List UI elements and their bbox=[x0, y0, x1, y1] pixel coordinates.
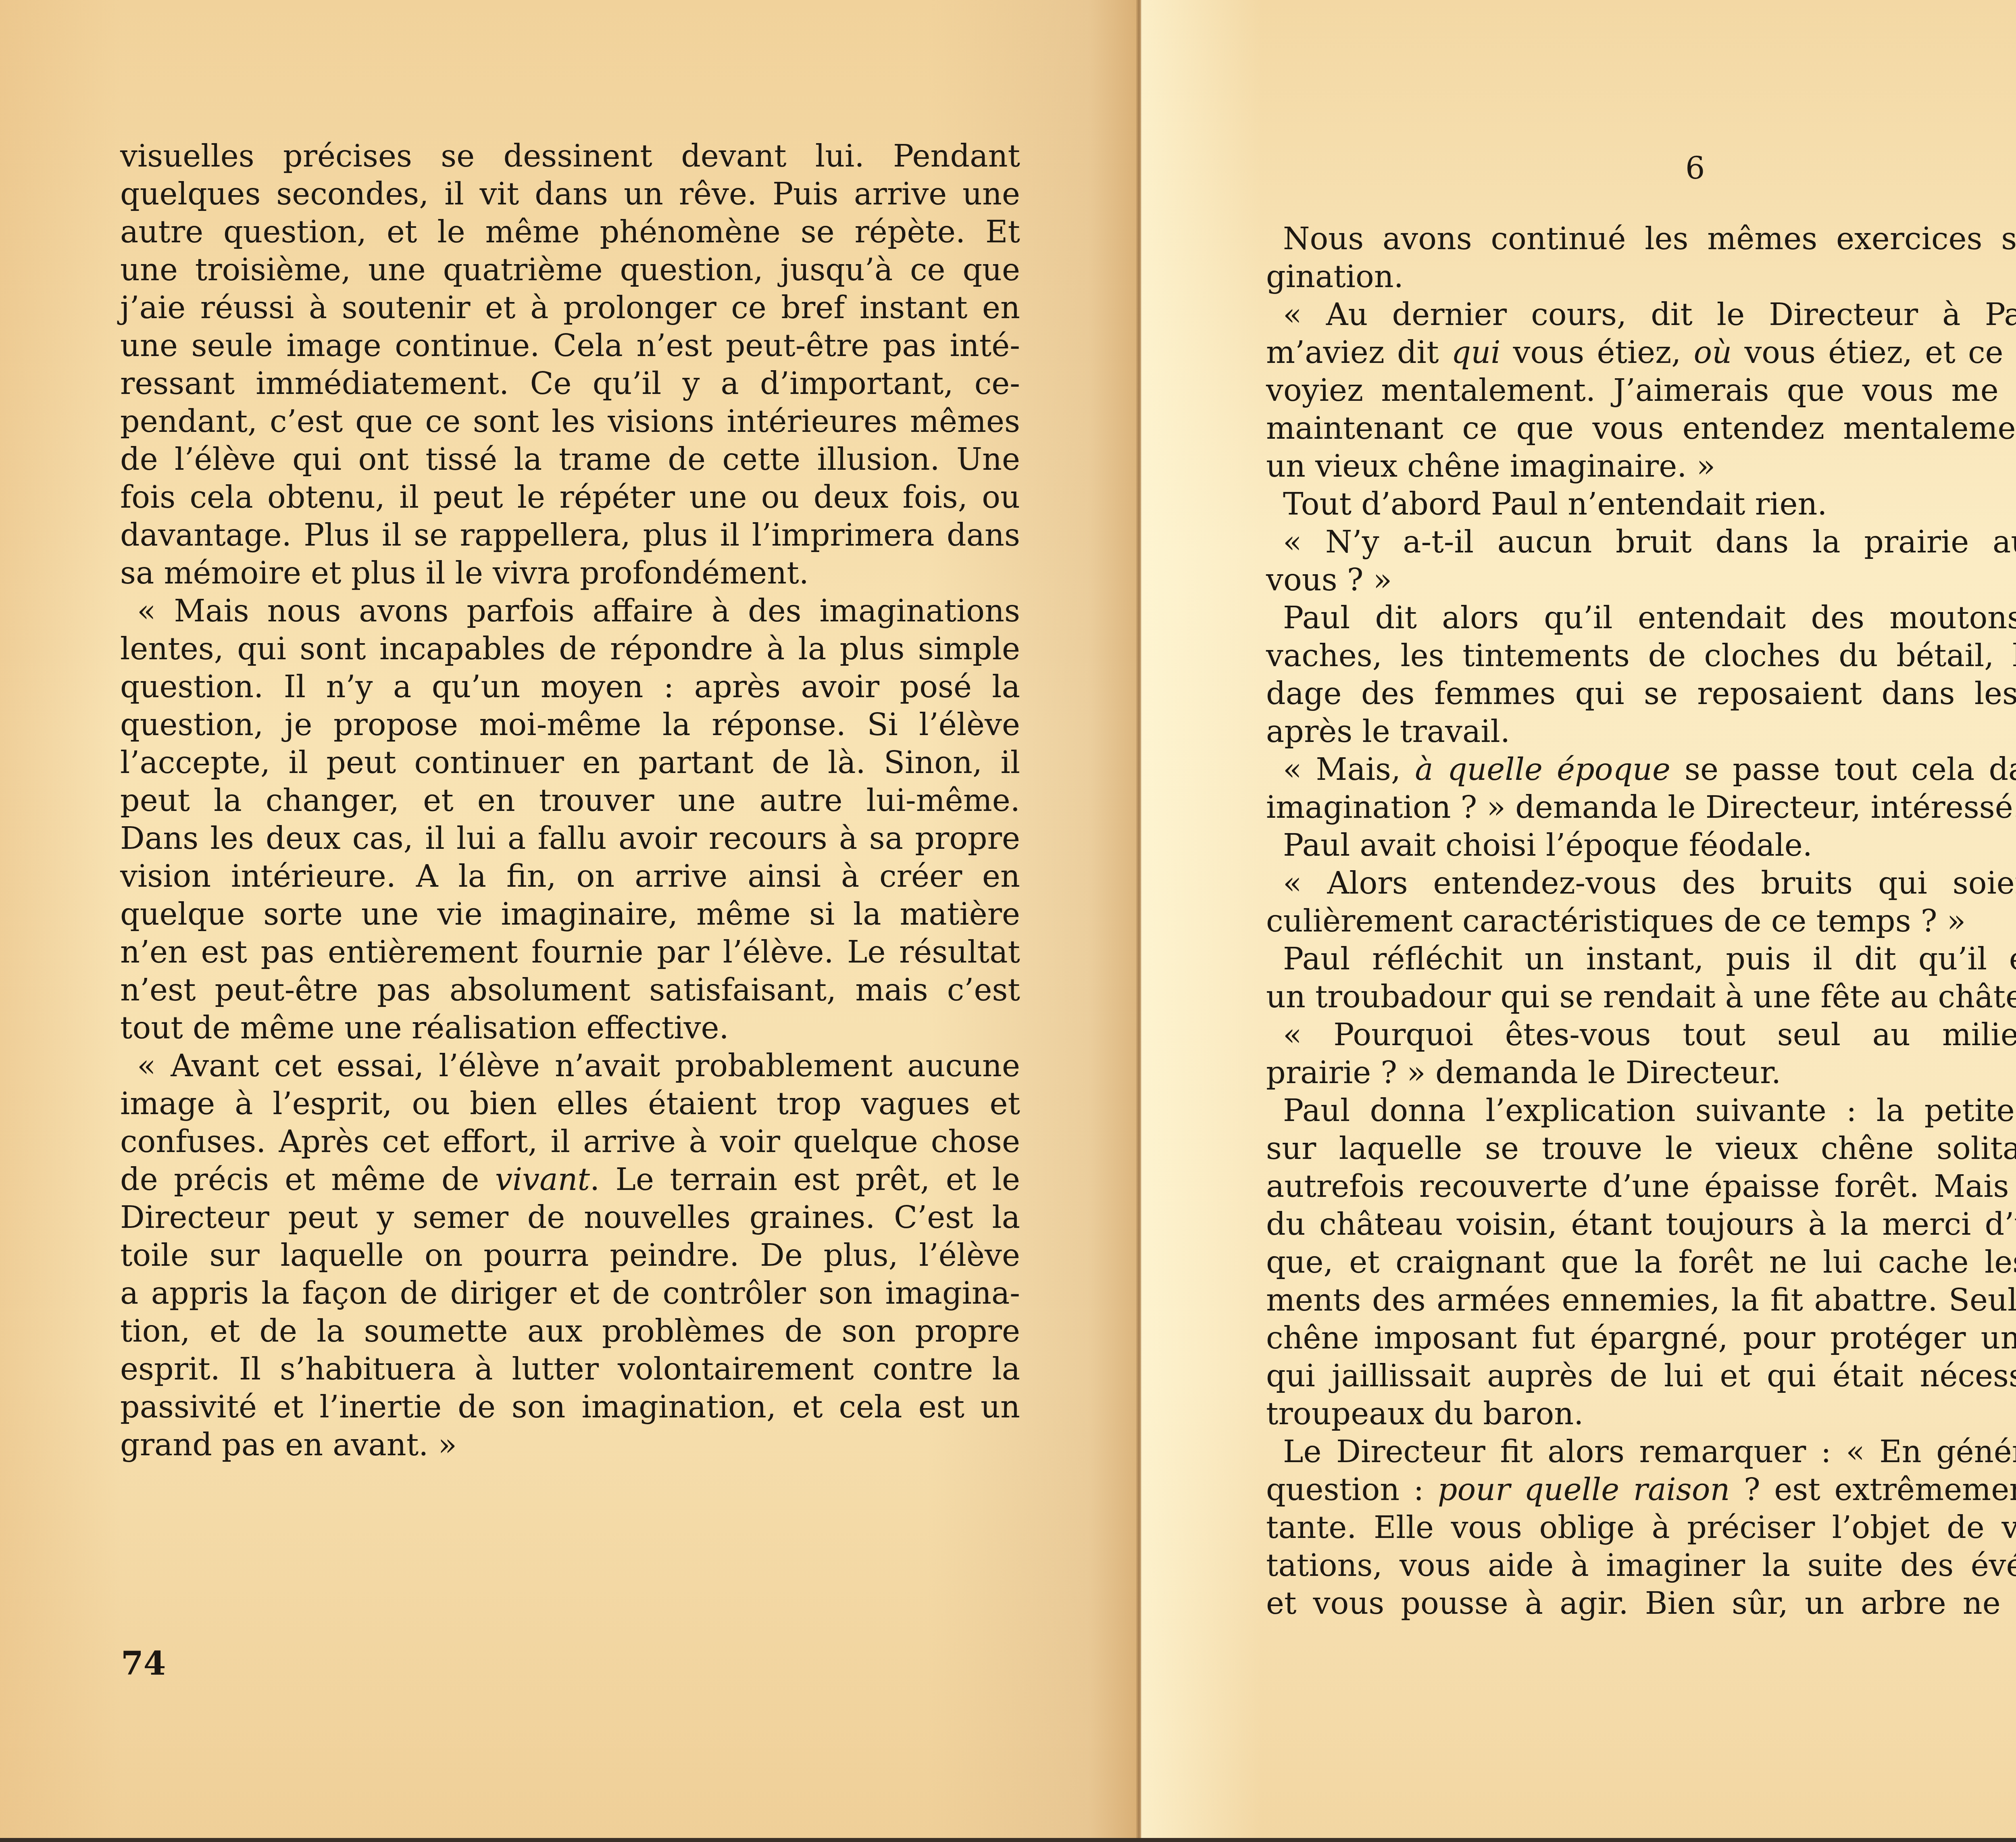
text-line: « Au dernier cours, dit le Directeur à P… bbox=[1266, 296, 2016, 333]
text-line: « Mais, à quelle époque se passe tout ce… bbox=[1266, 750, 2016, 788]
text-line: tout de même une réalisation effective. bbox=[120, 1009, 1020, 1047]
text-line: sa mémoire et plus il le vivra profondém… bbox=[120, 554, 1020, 592]
text-line: un vieux chêne imaginaire. » bbox=[1266, 447, 2016, 485]
text-line: Directeur peut y semer de nouvelles grai… bbox=[120, 1198, 1020, 1236]
text-line: autre question, et le même phénomène se … bbox=[120, 213, 1020, 251]
text-line: de l’élève qui ont tissé la trame de cet… bbox=[120, 440, 1020, 478]
text-line: « Avant cet essai, l’élève n’avait proba… bbox=[120, 1047, 1020, 1085]
text-line: Nous avons continué les mêmes exercices … bbox=[1266, 220, 2016, 258]
text-line: Paul avait choisi l’époque féodale. bbox=[1266, 826, 2016, 864]
paragraph: Paul donna l’explication suivante : la p… bbox=[1266, 1092, 2016, 1433]
text-line: dage des femmes qui se reposaient dans l… bbox=[1266, 675, 2016, 713]
text-line: quelques secondes, il vit dans un rêve. … bbox=[120, 175, 1020, 213]
paragraph: « Pourquoi êtes-vous tout seul au milieu… bbox=[1266, 1016, 2016, 1092]
book-gutter bbox=[1136, 0, 1142, 1842]
text-line: « Mais nous avons parfois affaire à des … bbox=[120, 592, 1020, 630]
paragraph: visuelles précises se dessinent devant l… bbox=[120, 137, 1020, 592]
text-line: quelque sorte une vie imaginaire, même s… bbox=[120, 895, 1020, 933]
text-line: esprit. Il s’habituera à lutter volontai… bbox=[120, 1350, 1020, 1388]
text-line: n’est peut-être pas absolument satisfais… bbox=[120, 971, 1020, 1009]
text-line: ressant immédiatement. Ce qu’il y a d’im… bbox=[120, 365, 1020, 402]
paragraph: « Alors entendez-vous des bruits qui soi… bbox=[1266, 864, 2016, 940]
text-line: après le travail. bbox=[1266, 713, 2016, 750]
text-line: lentes, qui sont incapables de répondre … bbox=[120, 630, 1020, 668]
paragraph: « Au dernier cours, dit le Directeur à P… bbox=[1266, 296, 2016, 485]
page-number-left: 74 bbox=[121, 1645, 166, 1682]
text-line: chêne imposant fut épargné, pour protége… bbox=[1266, 1319, 2016, 1357]
text-line: tante. Elle vous oblige à préciser l’obj… bbox=[1266, 1509, 2016, 1546]
text-line: une seule image continue. Cela n’est peu… bbox=[120, 327, 1020, 365]
text-line: imagination ? » demanda le Directeur, in… bbox=[1266, 788, 2016, 826]
text-line: j’aie réussi à soutenir et à prolonger c… bbox=[120, 289, 1020, 327]
text-line: voyiez mentalement. J’aimerais que vous … bbox=[1266, 371, 2016, 409]
text-line: culièrement caractéristiques de ce temps… bbox=[1266, 902, 2016, 940]
chapter-number: 6 bbox=[1685, 149, 1705, 187]
text-line: pendant, c’est que ce sont les visions i… bbox=[120, 402, 1020, 440]
text-line: qui jaillissait auprès de lui et qui éta… bbox=[1266, 1357, 2016, 1395]
scan-bottom-edge bbox=[0, 1838, 2016, 1842]
text-line: Paul donna l’explication suivante : la p… bbox=[1266, 1092, 2016, 1129]
paragraph: Paul avait choisi l’époque féodale. bbox=[1266, 826, 2016, 864]
text-line: a appris la façon de diriger et de contr… bbox=[120, 1274, 1020, 1312]
text-line: vaches, les tintements de cloches du bét… bbox=[1266, 637, 2016, 675]
text-line: Le Directeur fit alors remarquer : « En … bbox=[1266, 1433, 2016, 1471]
paragraph: « Mais, à quelle époque se passe tout ce… bbox=[1266, 750, 2016, 826]
text-line: davantage. Plus il se rappellera, plus i… bbox=[120, 516, 1020, 554]
left-page: visuelles précises se dessinent devant l… bbox=[0, 0, 1141, 1842]
text-line: du château voisin, étant toujours à la m… bbox=[1266, 1205, 2016, 1243]
text-line: prairie ? » demanda le Directeur. bbox=[1266, 1054, 2016, 1092]
text-line: vous ? » bbox=[1266, 561, 2016, 599]
text-line: maintenant ce que vous entendez mentalem… bbox=[1266, 409, 2016, 447]
text-line: image à l’esprit, ou bien elles étaient … bbox=[120, 1085, 1020, 1123]
text-line: Paul réfléchit un instant, puis il dit q… bbox=[1266, 940, 2016, 978]
text-line: passivité et l’inertie de son imaginatio… bbox=[120, 1388, 1020, 1426]
text-line: vision intérieure. A la fin, on arrive a… bbox=[120, 857, 1020, 895]
paragraph: Paul réfléchit un instant, puis il dit q… bbox=[1266, 940, 2016, 1016]
text-line: troupeaux du baron. bbox=[1266, 1395, 2016, 1433]
text-line: gination. bbox=[1266, 258, 2016, 296]
text-line: Tout d’abord Paul n’entendait rien. bbox=[1266, 485, 2016, 523]
text-line: peut la changer, et en trouver une autre… bbox=[120, 781, 1020, 819]
left-page-body: visuelles précises se dessinent devant l… bbox=[120, 137, 1020, 1464]
text-line: un troubadour qui se rendait à une fête … bbox=[1266, 978, 2016, 1016]
text-line: et vous pousse à agir. Bien sûr, un arbr… bbox=[1266, 1584, 2016, 1622]
text-line: Paul dit alors qu’il entendait des mouto… bbox=[1266, 599, 2016, 637]
text-line: l’accepte, il peut continuer en partant … bbox=[120, 744, 1020, 781]
text-line: « Pourquoi êtes-vous tout seul au milieu… bbox=[1266, 1016, 2016, 1054]
paragraph: Tout d’abord Paul n’entendait rien. bbox=[1266, 485, 2016, 523]
text-line: n’en est pas entièrement fournie par l’é… bbox=[120, 933, 1020, 971]
text-line: m’aviez dit qui vous étiez, où vous étie… bbox=[1266, 333, 2016, 371]
text-line: confuses. Après cet effort, il arrive à … bbox=[120, 1123, 1020, 1161]
text-line: que, et craignant que la forêt ne lui ca… bbox=[1266, 1243, 2016, 1281]
paragraph: Nous avons continué les mêmes exercices … bbox=[1266, 220, 2016, 296]
text-line: « N’y a-t-il aucun bruit dans la prairie… bbox=[1266, 523, 2016, 561]
text-line: tations, vous aide à imaginer la suite d… bbox=[1266, 1546, 2016, 1584]
right-page-body: Nous avons continué les mêmes exercices … bbox=[1266, 220, 2016, 1622]
text-line: question. Il n’y a qu’un moyen : après a… bbox=[120, 668, 1020, 706]
paragraph: « Mais nous avons parfois affaire à des … bbox=[120, 592, 1020, 1047]
paragraph: Paul dit alors qu’il entendait des mouto… bbox=[1266, 599, 2016, 750]
text-line: ments des armées ennemies, la fit abattr… bbox=[1266, 1281, 2016, 1319]
text-line: toile sur laquelle on pourra peindre. De… bbox=[120, 1236, 1020, 1274]
text-line: question : pour quelle raison ? est extr… bbox=[1266, 1471, 2016, 1509]
paragraph: « Avant cet essai, l’élève n’avait proba… bbox=[120, 1047, 1020, 1464]
text-line: question, je propose moi-même la réponse… bbox=[120, 706, 1020, 744]
text-line: grand pas en avant. » bbox=[120, 1426, 1020, 1464]
text-line: Dans les deux cas, il lui a fallu avoir … bbox=[120, 819, 1020, 857]
text-line: « Alors entendez-vous des bruits qui soi… bbox=[1266, 864, 2016, 902]
paragraph: « N’y a-t-il aucun bruit dans la prairie… bbox=[1266, 523, 2016, 599]
text-line: sur laquelle se trouve le vieux chêne so… bbox=[1266, 1129, 2016, 1167]
text-line: tion, et de la soumette aux problèmes de… bbox=[120, 1312, 1020, 1350]
paragraph: Le Directeur fit alors remarquer : « En … bbox=[1266, 1433, 2016, 1622]
text-line: fois cela obtenu, il peut le répéter une… bbox=[120, 478, 1020, 516]
text-line: de précis et même de vivant. Le terrain … bbox=[120, 1161, 1020, 1198]
text-line: autrefois recouverte d’une épaisse forêt… bbox=[1266, 1167, 2016, 1205]
text-line: visuelles précises se dessinent devant l… bbox=[120, 137, 1020, 175]
text-line: une troisième, une quatrième question, j… bbox=[120, 251, 1020, 289]
